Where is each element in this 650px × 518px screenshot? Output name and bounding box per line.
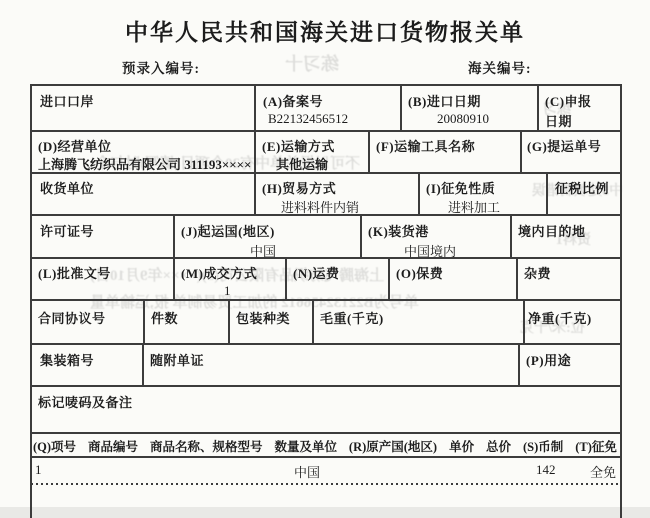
col-line [360,214,362,257]
pre-entry-number-label: 预录入编号: [122,57,200,77]
col-line [254,172,256,214]
bleedthrough-text: 练习十 [285,50,339,76]
col-line [520,130,522,172]
field-approval-number-label: (L)批准文号 [38,263,111,282]
item-row-origin-country: 中国 [294,462,320,481]
col-line [285,257,287,299]
field-contract-number-label: 合同协议号 [38,308,106,327]
col-commodity-code: 商品编号 [88,437,138,455]
field-declare-date-label: (C)申报 [545,91,592,110]
col-line [143,299,145,343]
field-misc-fees-label: 杂费 [524,263,551,282]
row-line [30,432,621,434]
col-line [510,214,512,257]
row-line [30,385,621,387]
field-record-number-label: (A)备案号 [263,91,323,110]
col-currency: (S)币制 [523,437,563,455]
field-loading-port-label: (K)装货港 [368,221,429,240]
field-transport-mode-label: (E)运输方式 [262,136,335,155]
col-line [537,84,539,130]
field-exemption-nature-label: (I)征免性质 [426,178,495,197]
col-line [228,299,230,343]
col-line [418,172,420,214]
field-transport-mode-value: 其他运输 [276,154,328,173]
form-title: 中华人民共和国海关进口货物报关单 [0,14,650,47]
field-operator-label: (D)经营单位 [38,136,112,155]
field-package-type-label: 包装种类 [236,308,290,327]
col-line [173,214,175,257]
item-row-currency-code: 142 [536,462,556,478]
col-line [516,257,518,299]
field-tax-ratio-label: 征税比例 [555,178,609,197]
col-line [523,299,525,343]
field-consignee-label: 收货单位 [40,178,94,197]
row-line [30,299,621,301]
field-record-number-value: B22132456512 [268,111,348,127]
row-line [30,343,621,345]
row-line [30,257,621,259]
field-transport-name-label: (F)运输工具名称 [376,136,475,155]
item-row-exemption: 全免 [590,462,616,481]
table-border-right [620,84,622,518]
col-line [400,84,402,130]
field-transaction-mode-value: 1 [224,283,231,299]
col-line [368,130,370,172]
field-departure-country-label: (J)起运国(地区) [181,221,275,240]
field-license-number-label: 许可证号 [40,221,94,240]
col-line [254,84,256,130]
customs-number-label: 海关编号: [468,57,532,77]
item-row-number: 1 [35,462,42,478]
field-insurance-label: (O)保费 [396,263,443,282]
col-commodity-name-spec: 商品名称、规格型号 [150,437,263,455]
col-line [518,343,520,385]
field-departure-country-value: 中国 [250,241,276,260]
col-total-price: 总价 [486,437,511,455]
import-declaration-form: 练习十 练习 不可以报关单中有20个项目(填写)时与个 中5处填制错误 资料1 … [0,0,650,518]
col-quantity-unit: 数量及单位 [274,437,337,455]
field-pieces-label: 件数 [151,308,178,327]
row-line [30,456,621,458]
field-freight-label: (N)运费 [293,263,340,282]
row-line [30,130,621,132]
field-container-number-label: 集装箱号 [40,350,94,369]
table-border-top [30,84,621,86]
field-import-port-label: 进口口岸 [40,91,94,110]
field-loading-port-value: 中国境内 [404,241,456,260]
field-import-date-value: 20080910 [437,111,489,127]
field-gross-weight-label: 毛重(千克) [320,308,384,327]
field-exemption-nature-value: 进料加工 [448,197,500,216]
field-transaction-mode-label: (M)成交方式 [181,263,257,282]
item-row-dotted-separator [31,483,620,485]
field-domestic-destination-label: 境内目的地 [518,221,586,240]
col-item-no: (Q)项号 [33,437,76,455]
col-unit-price: 单价 [449,437,474,455]
col-line [142,343,144,385]
col-origin-country: (R)原产国(地区) [349,437,437,455]
items-table-header: (Q)项号 商品编号 商品名称、规格型号 数量及单位 (R)原产国(地区) 单价… [33,437,617,455]
scan-edge-shadow [0,507,650,518]
field-attached-docs-label: 随附单证 [150,350,204,369]
field-bill-number-label: (G)提运单号 [527,136,601,155]
field-trade-mode-value: 进料料件内销 [281,197,359,216]
field-purpose-label: (P)用途 [526,350,571,369]
col-line [173,257,175,299]
field-declare-date-label-line2: 日期 [545,111,572,130]
col-line [312,299,314,343]
col-line [546,172,548,214]
col-line [254,130,256,172]
table-border-left [30,84,32,518]
field-trade-mode-label: (H)贸易方式 [262,178,336,197]
field-import-date-label: (B)进口日期 [408,91,481,110]
field-operator-value: 上海腾飞纺织品有限公司 311193×××× [38,154,251,173]
field-net-weight-label: 净重(千克) [528,308,592,327]
field-marks-remarks-label: 标记唛码及备注 [38,392,133,411]
col-line [388,257,390,299]
col-exemption: (T)征免 [575,437,617,455]
